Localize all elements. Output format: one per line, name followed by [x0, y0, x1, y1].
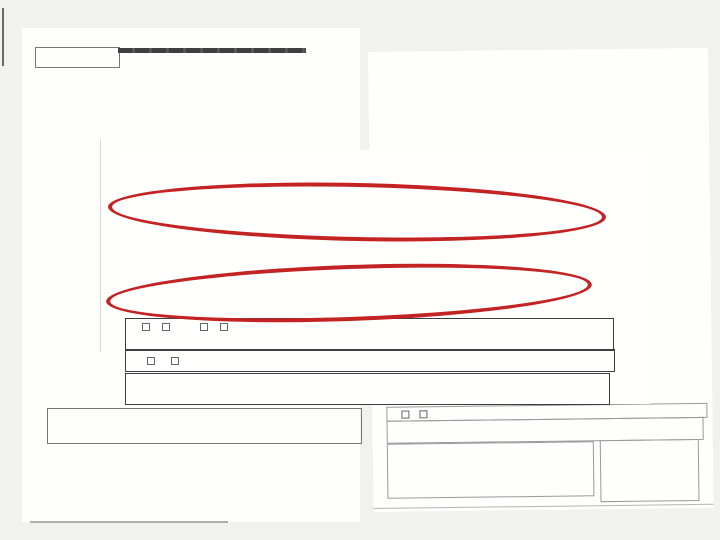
- checkbox: [162, 323, 170, 331]
- follow-up-note-box: [47, 408, 362, 444]
- checkbox: [419, 410, 427, 418]
- form-divider-line: [100, 140, 101, 352]
- page-bottom-line: [374, 504, 714, 509]
- red-circle-annotation-1: [107, 178, 606, 246]
- redaction-bar: [118, 48, 306, 53]
- checkbox: [171, 357, 179, 365]
- comments-box: [125, 373, 610, 405]
- checkbox: [220, 323, 228, 331]
- checkbox: [142, 323, 150, 331]
- adverse-reactions-box: [125, 349, 615, 372]
- page-bottom-line: [30, 521, 228, 523]
- pharmacy-assessment-box: [600, 439, 700, 502]
- scan-edge-artifact: [2, 8, 4, 66]
- significant-changes-form-page: [118, 150, 650, 404]
- checkbox: [147, 357, 155, 365]
- additional-info-box: [125, 318, 614, 351]
- checkbox: [401, 410, 409, 418]
- date-of-admission-box: [35, 47, 120, 68]
- scanned-documents-slide: [0, 0, 720, 540]
- checkbox: [200, 323, 208, 331]
- signature-box: [387, 441, 595, 499]
